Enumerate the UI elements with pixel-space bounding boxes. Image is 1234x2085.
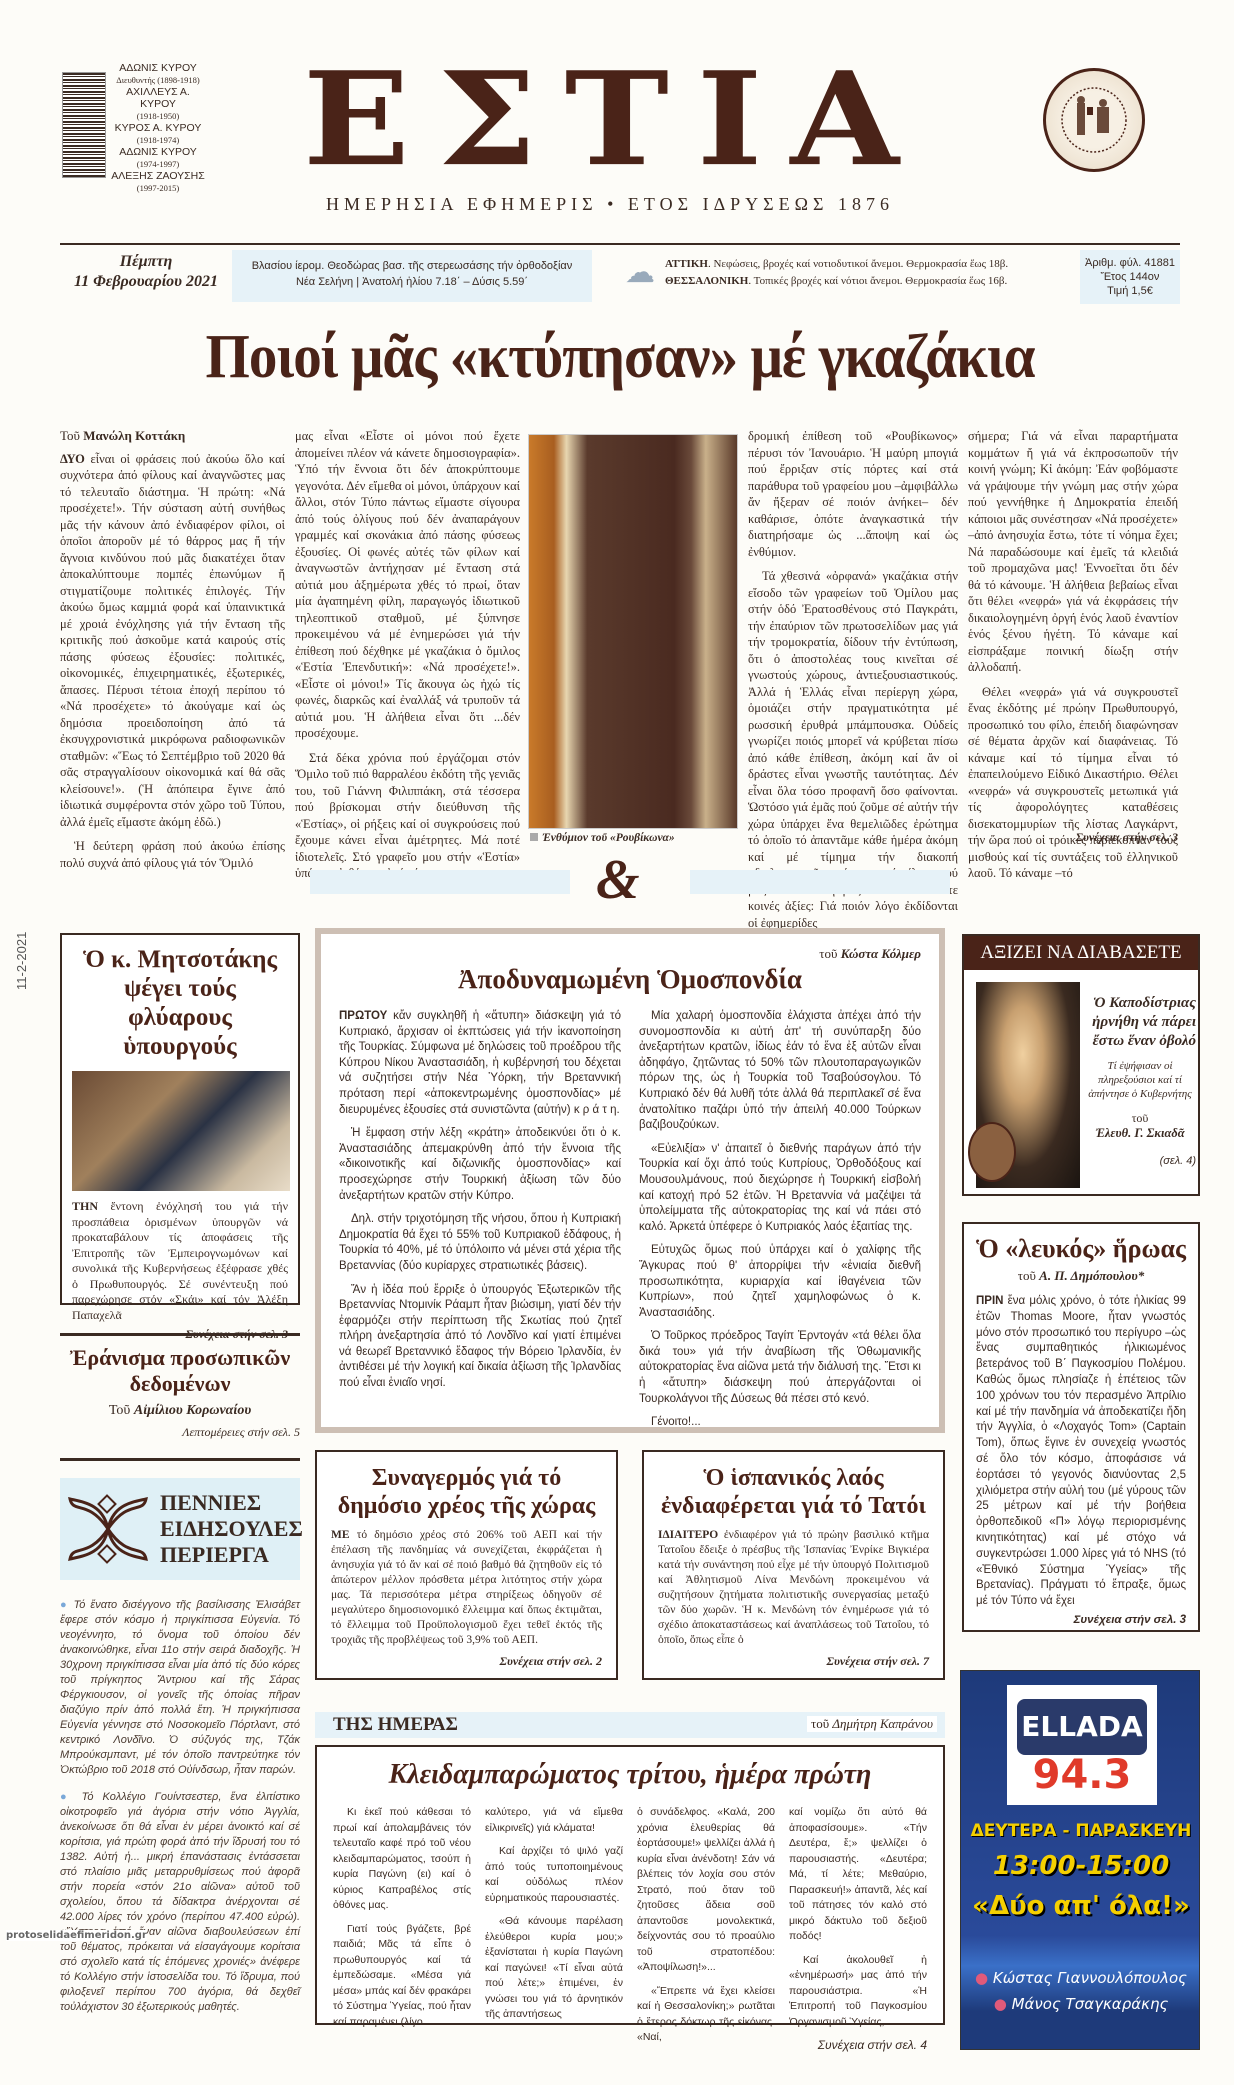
paragraph: σήμερα; Γιά νά εἶναι παραρτήματα κομμάτω… [968,428,1178,676]
title-line: ΠΕΝΝΙΕΣ [160,1490,303,1516]
weather-forecast: ΑΤΤΙΚΗ. Νεφώσεις, βροχές καί νοτιοδυτικο… [665,256,1085,290]
author-name: Αἰμίλιου Κορωναίου [134,1403,251,1418]
paragraph: «Ἔπρεπε νά ἔχει κλείσει καί ἡ Θεσσαλονίκ… [637,1984,775,2046]
paragraph: Κι ἐκεῖ πού κάθεσαι τό πρωί καί ἀπολαμβά… [333,1805,471,1914]
omospondia-article[interactable]: τοῦ Κώστα Κόλμερ Ἀποδυναμωμένη Ὁμοσπονδί… [315,928,945,1433]
lead-column-2: μας εἶναι «Εἶστε οἱ μόνοι πού ἔχετε ἀπομ… [295,428,520,882]
seal-emblem-icon [968,1122,1016,1182]
paragraph: Μία χαλαρή ὁμοσπονδία ἐλάχιστα ἀπέχει ἀπ… [639,1009,921,1134]
paragraph-text: ἕνα μόλις χρόνο, ὁ τότε ἡλικίας 99 ἐτῶν … [976,1295,1186,1607]
ad-host: ● Μάνος Τσαγκαράκης [961,1995,1201,2013]
column-1: ΠΡΩΤΟΥ κἄν συγκληθῆ ἡ «ἄτυπη» διάσκεψη γ… [339,1009,621,1431]
price: Τιμή 1,5€ [1080,284,1180,298]
founders-list: ΑΔΩΝΙΣ ΚΥΡΟΥ Διευθυντής (1898-1918) ΑΧΙΛ… [108,62,208,194]
author-name: Δημήτρη Καπράνου [832,1716,933,1731]
bullet-icon: ● [975,1969,993,1987]
drop-word: ΙΔΙΑΙΤΕΡΟ [658,1529,718,1541]
eranisma-article[interactable]: Ἐράνισμα προσωπικῶν δεδομένων Τοῦ Αἰμίλι… [60,1345,300,1440]
article-columns: ΠΡΩΤΟΥ κἄν συγκληθῆ ἡ «ἄτυπη» διάσκεψη γ… [339,1009,921,1431]
radio-frequency: 94.3 [1007,1751,1157,1799]
article-title: Ἀποδυναμωμένη Ὁμοσπονδία [339,964,921,995]
square-bullet-icon [530,833,538,841]
flower-ornament-icon [68,1494,148,1564]
ad-days: ΔΕΥΤΕΡΑ - ΠΑΡΑΣΚΕΥΗ [961,1821,1201,1841]
saints-of-day: Βλασίου ίερομ. Θεοδώρας βασ. τῆς στερεωσ… [232,258,592,274]
column-4: καί νομίζω ὅτι αὐτό θά ἀποφασίσουμε». «Τ… [789,1805,927,2054]
date: 11 Φεβρουαρίου 2021 [62,272,230,292]
byline: τοῦ Α. Π. Δημόπουλου* [976,1268,1186,1284]
watermark: protoselidaefimeridon.gr [6,1930,147,1941]
paragraph: Γιατί τούς βγάζετε, βρέ παιδιά; Μᾶς τά ε… [333,1922,471,2031]
item-text: Τό ἔνατο δισέγγονο τῆς βασίλισσης Ἐλισάβ… [60,1599,300,1776]
byline-prefix: Τοῦ [60,428,83,443]
byline: τοῦ Δημήτρη Καπράνου [807,1716,937,1732]
drop-word: ΤΗΝ [72,1199,98,1213]
paragraph: «Θά κάνουμε παρέλαση ἐλεύθεροι κυρία μου… [485,1914,623,2023]
author-name: Κώστα Κόλμερ [841,946,921,961]
page-reference[interactable]: (σελ. 4) [1084,1155,1196,1167]
pennies-header: ΠΕΝΝΙΕΣ ΕΙΔΗΣΟΥΛΕΣ ΠΕΡΙΕΡΓΑ [60,1478,300,1580]
tis-imeras-article[interactable]: Κλειδαμπαρώματος τρίτου, ἡμέρα πρώτη Κι … [315,1745,945,2025]
paragraph: μας εἶναι «Εἶστε οἱ μόνοι πού ἔχετε ἀπομ… [295,428,520,742]
barcode [62,72,106,178]
column-3: ὁ συνάδελφος. «Καλά, 200 χρόνια ἐλευθερί… [637,1805,775,2054]
news-item: ● Τό Κολλέγιο Γουίντσεστερ, ἕνα ἐλιτίστι… [60,1790,300,2015]
founder-years: (1997-2015) [108,182,208,194]
paragraph: Γένοιτο!... [639,1415,921,1431]
lead-column-3: δρομική ἐπίθεση τοῦ «Ρουβίκωνος» πέρυσι … [748,428,958,931]
recommended-text: Ὁ Καποδίστριας ἠρνήθη νά πάρει ἔστω ἕναν… [1084,994,1196,1167]
pennies-title: ΠΕΝΝΙΕΣ ΕΙΔΗΣΟΥΛΕΣ ΠΕΡΙΕΡΓΑ [160,1490,303,1568]
paragraph-text: τό δημόσιο χρέος στό 206% τοῦ ΑΕΠ καί τή… [331,1529,602,1646]
masthead-divider [60,243,1180,245]
masthead-tagline: ΗΜΕΡΗΣΙΑ ΕΦΗΜΕΡΙΣ • ΕΤΟΣ ΙΔΡΥΣΕΩΣ 1876 [270,194,950,215]
paragraph-text: ἔντονη ἐνόχλησή του γιά τήν προσπάθεια ὁ… [72,1199,288,1322]
article-title: Ὁ «λευκός» ἥρωας [976,1234,1186,1264]
issue-info: Ἀριθμ. φύλ. 41881 Ἔτος 144ον Τιμή 1,5€ [1080,250,1180,304]
paragraph: Θέλει «νεφρά» γιά νά συγκρουστεῖ ἕνας ἐκ… [968,684,1178,882]
ampersand-ornament: & [596,848,640,912]
paragraph: δρομική ἐπίθεση τοῦ «Ρουβίκωνος» πέρυσι … [748,428,958,560]
paragraph: Στά δέκα χρόνια πού ἐργάζομαι στόν Ὅμιλο… [295,750,520,882]
article-columns: Κι ἐκεῖ πού κάθεσαι τό πρωί καί ἀπολαμβά… [333,1805,927,2054]
caption-text: Ἐνθύμιον τοῦ «Ρουβίκωνα» [542,832,675,844]
paragraph: ΠΡΩΤΟΥ κἄν συγκληθῆ ἡ «ἄτυπη» διάσκεψη γ… [339,1009,621,1118]
paragraph: ὁ συνάδελφος. «Καλά, 200 χρόνια ἐλευθερί… [637,1805,775,1976]
article-body: ΤΗΝ ἔντονη ἐνόχλησή του γιά τήν προσπάθε… [72,1199,288,1323]
paragraph: Δηλ. στήν τριχοτόμηση τῆς νήσου, ὅπου ἡ … [339,1212,621,1274]
host-name: Μάνος Τσαγκαράκης [1012,1995,1169,2013]
paragraph: Καί ἀκολουθεῖ ἡ «ἐνημέρωσή» μας ἀπό τήν … [789,1953,927,2031]
lead-column-1: Τοῦ Μανώλη Κοττάκη ΔΥΟ εἶναι οἱ φράσεις … [60,428,285,871]
article-title: Ἐράνισμα προσωπικῶν δεδομένων [60,1345,300,1397]
founder-name: ΚΥΡΟΣ Α. ΚΥΡΟΥ [108,122,208,134]
drop-word: ΔΥΟ [60,452,85,466]
item-text: Τό Κολλέγιο Γουίντσεστερ, ἕνα ἐλιτίστικο… [60,1791,300,2013]
synagermos-article[interactable]: Συναγερμός γιά τό δημόσιο χρέος τῆς χώρα… [315,1450,618,1680]
column-2: καλύτερο, γιά νά εἴμεθα εἰλικρινεῖς) γιά… [485,1805,623,2054]
forecast-attica: . Νεφώσεις, βροχές καί νοτιοδυτικοί ἄνεμ… [708,258,1008,270]
lead-column-4: σήμερα; Γιά νά εἶναι παραρτήματα κομμάτω… [968,428,1178,882]
founder-name: ΑΔΩΝΙΣ ΚΥΡΟΥ [108,146,208,158]
founder-years: (1974-1997) [108,158,208,170]
author-name: Μανώλη Κοττάκη [83,428,185,443]
lead-headline[interactable]: Ποιοί μᾶς «κτύπησαν» μέ γκαζάκια [105,322,1135,392]
pennies-items: ● Τό ἔνατο δισέγγονο τῆς βασίλισσης Ἐλισ… [60,1598,300,2015]
founder-years: (1918-1950) [108,110,208,122]
tis-imeras-band: ΤΗΣ ΗΜΕΡΑΣ τοῦ Δημήτρη Καπράνου [315,1712,945,1738]
founder-name: ΑΧΙΛΛΕΥΣ Α. ΚΥΡΟΥ [108,86,208,110]
pm-photo [72,1071,290,1191]
author-name: Ἐλευθ. Γ. Σκιαδᾶ [1084,1126,1196,1141]
article-title: Συναγερμός γιά τό δημόσιο χρέος τῆς χώρα… [331,1464,602,1520]
divider-band-left [310,870,570,894]
founder-years: Διευθυντής (1898-1918) [108,74,208,86]
ad-time: 13:00-15:00 [961,1851,1201,1881]
paragraph: Καί ἀρχίζει τό ψιλό γαζί ἀπό τούς τυποπο… [485,1844,623,1906]
title-line: ΕΙΔΗΣΟΥΛΕΣ [160,1516,303,1542]
weekday: Πέμπτη [62,252,230,272]
bullet-icon: ● [60,1599,74,1611]
founder-name: ΑΛΕΞΗΣ ΖΑΟΥΣΗΣ [108,170,208,182]
byline-prefix: τοῦ [811,1716,832,1731]
drop-word: ΠΡΙΝ [976,1295,1003,1307]
photo-caption: Ἐνθύμιον τοῦ «Ρουβίκωνα» [530,832,675,844]
article-body: ΙΔΙΑΙΤΕΡΟ ἐνδιαφέρον γιά τό πρώην βασιλι… [658,1528,929,1648]
continued-link[interactable]: Συνέχεια στήν σελ. 4 [789,2038,927,2054]
section-label: ΤΗΣ ΗΜΕΡΑΣ [333,1714,458,1736]
continued-link[interactable]: Συνέχεια στήν σελ. 3 [976,1614,1186,1626]
recommended-box[interactable]: ΑΞΙΖΕΙ ΝΑ ΔΙΑΒΑΣΕΤΕ Ὁ Καποδίστριας ἠρνήθ… [962,934,1200,1196]
ad-show-name: «Δύο απ' όλα!» [961,1891,1201,1921]
paragraph-text: εἶναι οἱ φράσεις πού ἀκούω ὅλο καί συχνό… [60,452,285,829]
paragraph: καλύτερο, γιά νά εἴμεθα εἰλικρινεῖς) γιά… [485,1805,623,1836]
column-2: Μία χαλαρή ὁμοσπονδία ἐλάχιστα ἀπέχει ἀπ… [639,1009,921,1431]
divider [60,1458,300,1461]
recommended-header: ΑΞΙΖΕΙ ΝΑ ΔΙΑΒΑΣΕΤΕ [964,936,1198,970]
radio-brand: ELLADA [1017,1699,1147,1755]
byline: Τοῦ Αἰμίλιου Κορωναίου [60,1403,300,1419]
lead-byline: Τοῦ Μανώλη Κοττάκη [60,428,285,445]
article-title: Ὁ ἱσπανικός λαός ἐνδιαφέρεται γιά τό Τατ… [658,1464,929,1520]
paragraph: Εὐτυχῶς ὅμως πού ὑπάρχει καί ὁ χαλίφης τ… [639,1243,921,1321]
paragraph: Ἡ ἔμφαση στήν λέξη «κράτη» ἀποδεικνύει ὅ… [339,1126,621,1204]
side-date: 11-2-2021 [14,932,29,990]
region-attica: ΑΤΤΙΚΗ [665,258,708,270]
lead-continued-link[interactable]: Συνέχεια στήν σελ. 3 [968,830,1178,845]
paragraph: Ὁ Τοῦρκος πρόεδρος Ταγίπ Ἐρντογάν «τά θέ… [639,1329,921,1407]
article-title: Ὁ Καποδίστριας ἠρνήθη νά πάρει ἔστω ἕναν… [1084,994,1196,1051]
saints-box: Βλασίου ίερομ. Θεοδώρας βασ. τῆς στερεωσ… [232,250,592,302]
date-block: Πέμπτη 11 Φεβρουαρίου 2021 [62,252,230,292]
tatoi-article[interactable]: Ὁ ἱσπανικός λαός ἐνδιαφέρεται γιά τό Τατ… [642,1450,945,1680]
newspaper-logo: ΕΣΤΙΑ [255,56,975,185]
mitsotakis-article[interactable]: Ὁ κ. Μητσοτάκης ψέγει τούς φλύαρους ὑπου… [60,933,300,1305]
paragraph: «Εὐελιξία» ν' ἀπαιτεῖ ὁ διεθνής παράγων … [639,1142,921,1236]
divider [60,1333,300,1336]
bullet-icon: ● [60,1791,82,1803]
news-item: ● Τό ἔνατο δισέγγονο τῆς βασίλισσης Ἐλισ… [60,1598,300,1778]
founder-name: ΑΔΩΝΙΣ ΚΥΡΟΥ [108,62,208,74]
publication-year: Ἔτος 144ον [1080,270,1180,284]
radio-ad[interactable]: ELLADA 94.3 ΔΕΥΤΕΡΑ - ΠΑΡΑΣΚΕΥΗ 13:00-15… [960,1670,1200,2050]
divider-band-right [690,870,950,894]
forecast-thessaloniki: . Τοπικές βροχές καί νότιοι ἄνεμοι. Θερμ… [748,275,1007,287]
ad-host: ● Κώστας Γιαννουλόπουλος [961,1969,1201,1987]
continued-link[interactable]: Συνέχεια στήν σελ. 2 [331,1654,602,1669]
continued-link[interactable]: Συνέχεια στήν σελ. 7 [658,1654,929,1669]
paragraph-text: κἄν συγκληθῆ ἡ «ἄτυπη» διάσκεψη γιά τό Κ… [339,1010,621,1116]
leukos-article[interactable]: Ὁ «λευκός» ἥρωας τοῦ Α. Π. Δημόπουλου* Π… [962,1222,1200,1632]
paragraph: Ἡ δεύτερη φράση πού ἀκούω ἐπίσης πολύ συ… [60,838,285,871]
rouvikonas-photo [528,434,738,829]
drop-word: ΠΡΩΤΟΥ [339,1010,387,1022]
region-thessaloniki: ΘΕΣΣΑΛΟΝΙΚΗ [665,275,748,287]
seal-figures-icon [1059,85,1129,155]
byline: τοῦ Κώστα Κόλμερ [339,946,921,962]
author-name: Α. Π. Δημόπουλου* [1039,1268,1144,1283]
radio-logo: ELLADA 94.3 [1007,1685,1157,1805]
drop-word: ΜΕ [331,1529,350,1541]
founder-years: (1918-1974) [108,134,208,146]
paragraph-text: ἐνδιαφέρον γιά τό πρώην βασιλικό κτῆμα Τ… [658,1529,929,1646]
byline-prefix: τοῦ [819,946,840,961]
details-link[interactable]: Λεπτομέρειες στήν σελ. 5 [60,1425,300,1440]
host-name: Κώστας Γιαννουλόπουλος [993,1969,1187,1987]
paragraph: καί νομίζω ὅτι αὐτό θά ἀποφασίσουμε». «Τ… [789,1805,927,1945]
column-1: Κι ἐκεῖ πού κάθεσαι τό πρωί καί ἀπολαμβά… [333,1805,471,2054]
byline-prefix: Τοῦ [109,1403,134,1418]
byline-prefix: τοῦ [1084,1111,1196,1126]
bullet-icon: ● [994,1995,1012,2013]
sun-times: Νέα Σελήνη | Ἀνατολή ἡλίου 7.18΄ – Δύσις… [232,274,592,290]
byline-prefix: τοῦ [1018,1268,1039,1283]
article-subtitle: Τί ἐψήφισαν οἱ πληρεξούσιοι καί τί ἀπήντ… [1084,1059,1196,1101]
paragraph: Ἄν ἡ ἰδέα πού ἔρριξε ὁ ὑπουργός Ἐξωτερικ… [339,1283,621,1392]
article-body: ΜΕ τό δημόσιο χρέος στό 206% τοῦ ΑΕΠ καί… [331,1528,602,1648]
title-line: ΠΕΡΙΕΡΓΑ [160,1542,303,1568]
coin-seal-icon [1043,68,1145,172]
issue-number: Ἀριθμ. φύλ. 41881 [1080,256,1180,270]
article-title: Κλειδαμπαρώματος τρίτου, ἡμέρα πρώτη [333,1757,927,1793]
paragraph: ΔΥΟ εἶναι οἱ φράσεις πού ἀκούω ὅλο καί σ… [60,451,285,831]
rain-cloud-icon: ☁ [620,255,660,295]
article-body: ΠΡΙΝ ἕνα μόλις χρόνο, ὁ τότε ἡλικίας 99 … [976,1294,1186,1610]
article-title: Ὁ κ. Μητσοτάκης ψέγει τούς φλύαρους ὑπου… [72,945,288,1061]
